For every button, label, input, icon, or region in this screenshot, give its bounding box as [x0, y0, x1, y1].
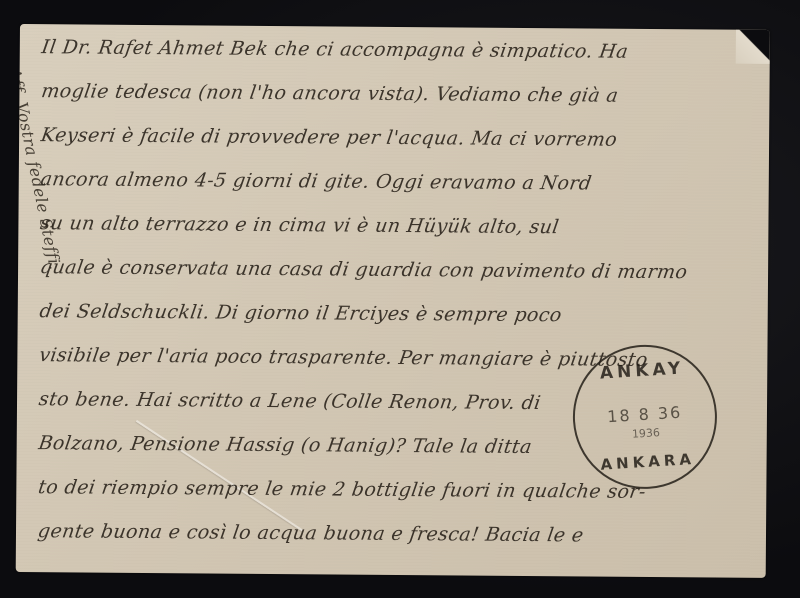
text-line-10: Bolzano, Pensione Hassig (o Hanig)? Tale… [37, 432, 533, 458]
postcard: Aff. Vostra fedele Steffi. Il Dr. Rafet … [16, 24, 770, 578]
text-line-8: visibile per l'aria poco trasparente. Pe… [38, 344, 650, 371]
text-line-7: dei Seldschuckli. Di giorno il Erciyes è… [38, 300, 563, 326]
handwritten-body: Il Dr. Rafet Ahmet Bek che ci accompagna… [42, 36, 762, 42]
text-line-1: Il Dr. Rafet Ahmet Bek che ci accompagna… [40, 36, 630, 63]
text-line-12: gente buona e così lo acqua buona e fres… [36, 520, 585, 546]
text-line-6: quale è conservata una casa di guardia c… [38, 256, 689, 283]
text-line-3: Keyseri è facile di provvedere per l'acq… [39, 124, 618, 150]
text-line-2: moglie tedesca (non l'ho ancora vista). … [40, 80, 620, 107]
text-line-5: su un alto terrazzo e in cima vi è un Hü… [39, 212, 561, 238]
folded-corner [736, 30, 770, 64]
text-line-9: sto bene. Hai scritto a Lene (Colle Reno… [37, 388, 542, 414]
postmark-bottom-text: ANKARA [577, 449, 718, 476]
text-line-4: ancora almeno 4-5 giorni di gite. Oggi e… [39, 168, 593, 194]
postmark-stamp: ANKAY 18 8 36 1936 ANKARA [569, 341, 722, 494]
text-line-11: to dei riempio sempre le mie 2 bottiglie… [37, 476, 648, 503]
